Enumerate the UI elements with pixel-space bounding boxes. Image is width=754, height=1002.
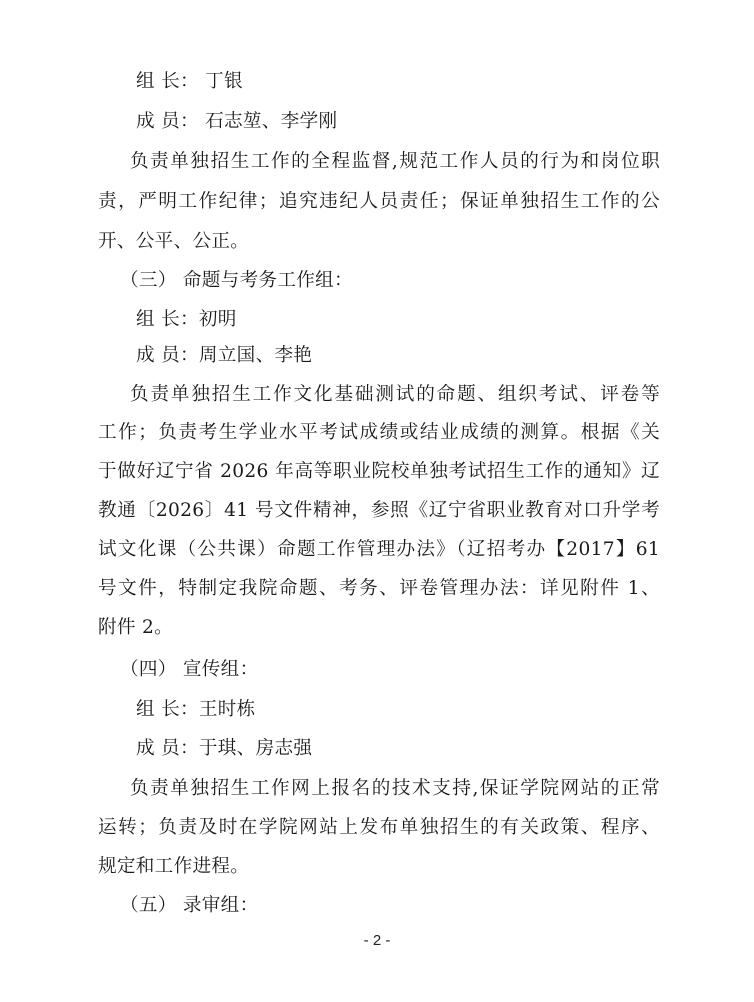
- text-line: （三） 命题与考务工作组：: [120, 269, 682, 293]
- text-line: 教通〔2026〕41 号文件精神，参照《辽宁省职业教育对口升学考: [98, 499, 660, 523]
- text-line: 附件 2。: [98, 616, 660, 640]
- text-line: 规定和工作进程。: [98, 855, 660, 879]
- text-line: 成 员：周立国、李艳: [136, 344, 660, 368]
- text-line: 成 员：于琪、房志强: [136, 737, 660, 761]
- text-line: 负责单独招生工作的全程监督,规范工作人员的行为和岗位职: [130, 150, 660, 174]
- text-line: 号文件，特制定我院命题、考务、评卷管理办法：详见附件 1、: [98, 577, 660, 601]
- text-line: 运转；负责及时在学院网站上发布单独招生的有关政策、程序、: [98, 816, 660, 840]
- text-line: 负责单独招生工作网上报名的技术支持,保证学院网站的正常: [130, 777, 660, 801]
- page-number: - 2 -: [0, 932, 754, 949]
- document-page: 组 长： 丁银成 员： 石志堃、李学刚负责单独招生工作的全程监督,规范工作人员的…: [0, 0, 754, 1002]
- text-line: 成 员： 石志堃、李学刚: [136, 110, 660, 134]
- text-line: 负责单独招生工作文化基础测试的命题、组织考试、评卷等: [130, 383, 660, 407]
- text-line: （四） 宣传组：: [120, 658, 682, 682]
- text-line: 责，严明工作纪律；追究违纪人员责任；保证单独招生工作的公: [98, 190, 660, 214]
- text-line: 组 长： 丁银: [136, 70, 660, 94]
- text-line: 工作；负责考生学业水平考试成绩或结业成绩的测算。根据《关: [98, 421, 660, 445]
- text-line: （五） 录审组：: [120, 894, 682, 918]
- text-line: 组 长：初明: [136, 308, 660, 332]
- text-line: 组 长：王时栋: [136, 698, 660, 722]
- text-line: 开、公平、公正。: [98, 230, 660, 254]
- text-line: 试文化课（公共课）命题工作管理办法》（辽招考办【2017】61: [98, 538, 660, 562]
- text-line: 于做好辽宁省 2026 年高等职业院校单独考试招生工作的通知》辽: [98, 460, 660, 484]
